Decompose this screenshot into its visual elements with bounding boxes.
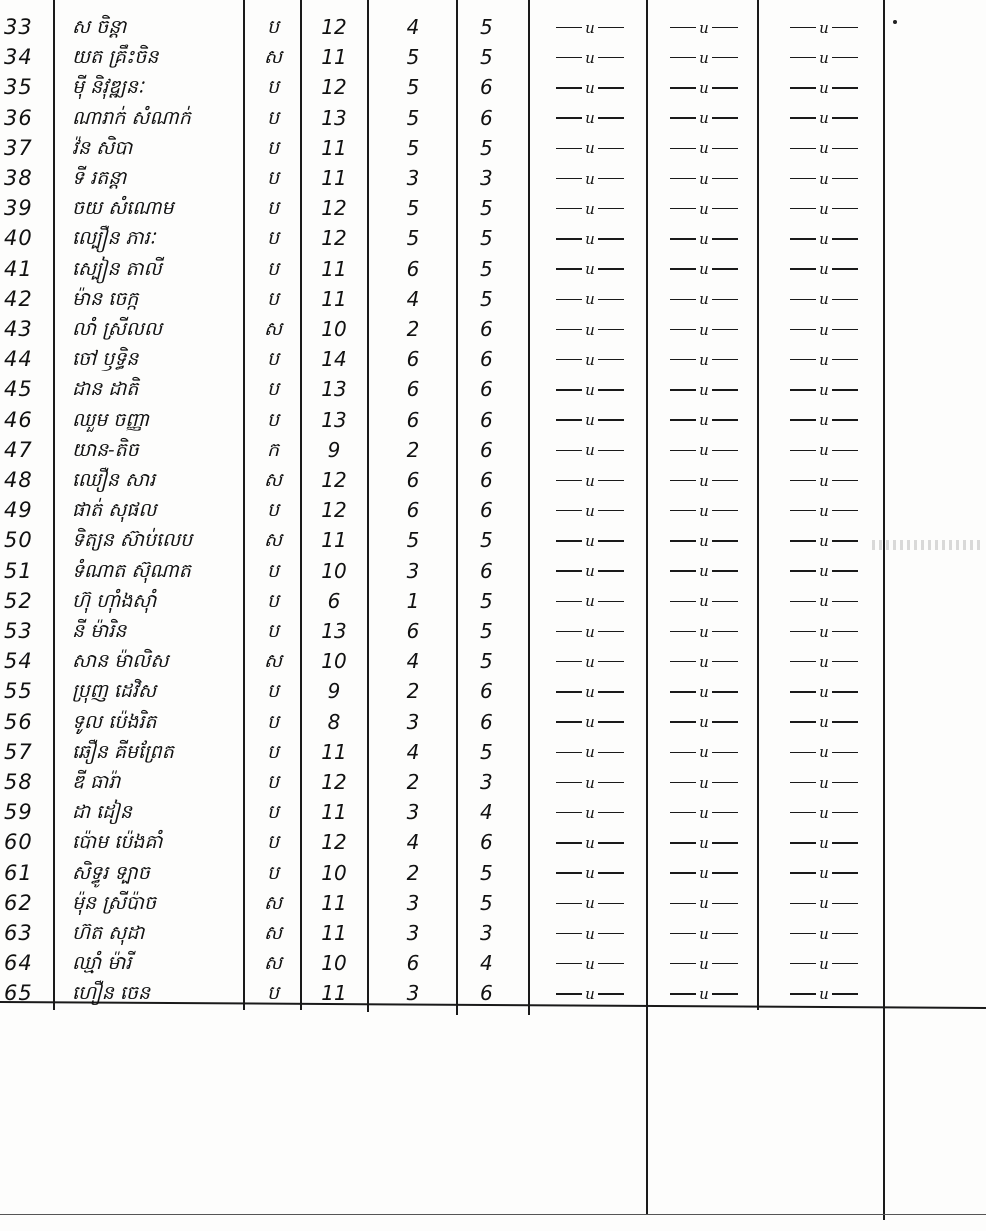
ditto-mark: u (765, 948, 883, 979)
student-name: ទិត្យន ស៊ាប់លេប (72, 525, 242, 556)
ditto-mark: u (650, 133, 758, 164)
ditto-mark: u (765, 254, 883, 285)
table-row: 42 ម៉ាន ចេក្ក ប 11 4 5 u u u (0, 284, 900, 315)
ditto-mark: u (765, 888, 883, 919)
student-name: សិទ្ធូរ ទ្បាច (72, 858, 242, 889)
ditto-mark: u (650, 586, 758, 617)
score-column-5: 5 (460, 858, 520, 889)
ditto-mark: u (535, 465, 645, 496)
age-value: 6 (302, 586, 366, 617)
score-column-4: 3 (370, 707, 456, 738)
student-name: យត គ្រឹះចិន (72, 42, 242, 73)
ditto-mark: u (650, 314, 758, 345)
student-name: យាន-តិច (72, 435, 242, 466)
sex-code: ប (248, 405, 298, 436)
sex-code: ស (248, 465, 298, 496)
ditto-mark: u (650, 405, 758, 436)
ditto-mark: u (765, 707, 883, 738)
age-value: 8 (302, 707, 366, 738)
student-name: ឆឿន គីមព្រែត (72, 737, 242, 768)
score-column-5: 5 (460, 284, 520, 315)
ditto-mark: u (535, 254, 645, 285)
score-column-5: 5 (460, 737, 520, 768)
table-row: 39 ចយ សំណោម ប 12 5 5 u u u (0, 193, 900, 224)
footer-rule (0, 1214, 986, 1215)
row-number: 33 (4, 12, 52, 43)
age-value: 12 (302, 193, 366, 224)
ditto-mark: u (650, 556, 758, 587)
ditto-mark: u (650, 737, 758, 768)
score-column-4: 5 (370, 223, 456, 254)
age-value: 12 (302, 12, 366, 43)
row-number: 37 (4, 133, 52, 164)
table-row: 59 ដា ដៀន ប 11 3 4 u u u (0, 797, 900, 828)
row-number: 53 (4, 616, 52, 647)
ditto-mark: u (650, 223, 758, 254)
row-number: 39 (4, 193, 52, 224)
row-number: 52 (4, 586, 52, 617)
age-value: 11 (302, 284, 366, 315)
ditto-mark: u (765, 525, 883, 556)
sex-code: ស (248, 314, 298, 345)
score-column-5: 5 (460, 616, 520, 647)
row-number: 47 (4, 435, 52, 466)
table-row: 53 នី ម៉ារិន ប 13 6 5 u u u (0, 616, 900, 647)
sex-code: ប (248, 556, 298, 587)
score-column-5: 5 (460, 42, 520, 73)
row-number: 56 (4, 707, 52, 738)
ditto-mark: u (650, 374, 758, 405)
row-number: 38 (4, 163, 52, 194)
age-value: 9 (302, 676, 366, 707)
age-value: 11 (302, 254, 366, 285)
table-row: 40 ល្បឿន ភារៈ ប 12 5 5 u u u (0, 223, 900, 254)
ditto-mark: u (650, 344, 758, 375)
score-column-5: 6 (460, 495, 520, 526)
sex-code: ប (248, 858, 298, 889)
table-row: 38 ទី រតន្តា ប 11 3 3 u u u (0, 163, 900, 194)
age-value: 10 (302, 646, 366, 677)
score-column-4: 2 (370, 767, 456, 798)
row-number: 40 (4, 223, 52, 254)
student-name: ណារាក់ សំណាក់ (72, 103, 242, 134)
sex-code: ស (248, 888, 298, 919)
age-value: 13 (302, 405, 366, 436)
table-row: 56 ទូល ប៉េងរិត ប 8 3 6 u u u (0, 707, 900, 738)
table-row: 52 ហ៊ុ ហ៊ាំងស៊ាំ ប 6 1 5 u u u (0, 586, 900, 617)
ditto-mark: u (535, 374, 645, 405)
ditto-mark: u (650, 465, 758, 496)
ditto-mark: u (765, 42, 883, 73)
ditto-mark: u (535, 72, 645, 103)
table-row: 46 ឈួម ចញ្ញា ប 13 6 6 u u u (0, 405, 900, 436)
row-number: 57 (4, 737, 52, 768)
table-row: 51 ទំណាត ស៊ុណាត ប 10 3 6 u u u (0, 556, 900, 587)
table-row: 41 ស្បៀន តាលី ប 11 6 5 u u u (0, 254, 900, 285)
student-name: ទី រតន្តា (72, 163, 242, 194)
row-number: 35 (4, 72, 52, 103)
student-name: ម៉ី និវុឌ្ឍនៈ (72, 72, 242, 103)
ditto-mark: u (535, 767, 645, 798)
row-number: 36 (4, 103, 52, 134)
score-column-4: 6 (370, 254, 456, 285)
score-column-5: 6 (460, 344, 520, 375)
score-column-4: 2 (370, 676, 456, 707)
row-number: 62 (4, 888, 52, 919)
row-number: 43 (4, 314, 52, 345)
score-column-5: 6 (460, 556, 520, 587)
document-sheet: 33 ស ចិន្តា ប 12 4 5 u u u 34 យត គ្រឹះចិ… (0, 0, 986, 1231)
ditto-mark: u (650, 284, 758, 315)
student-name: ឈួម ចញ្ញា (72, 405, 242, 436)
student-name: ហ៊ត សុដា (72, 918, 242, 949)
ditto-mark: u (765, 284, 883, 315)
ditto-mark: u (535, 737, 645, 768)
age-value: 13 (302, 374, 366, 405)
row-number: 64 (4, 948, 52, 979)
row-number: 55 (4, 676, 52, 707)
ditto-mark: u (765, 827, 883, 858)
ditto-mark: u (650, 193, 758, 224)
ditto-mark: u (765, 133, 883, 164)
row-number: 41 (4, 254, 52, 285)
age-value: 11 (302, 888, 366, 919)
sex-code: ស (248, 525, 298, 556)
row-number: 46 (4, 405, 52, 436)
table-row: 45 ដាន ដាតិ ប 13 6 6 u u u (0, 374, 900, 405)
age-value: 10 (302, 314, 366, 345)
student-name: ម៉ាន ចេក្ក (72, 284, 242, 315)
student-name: ចៅ ឫទ្ធិន (72, 344, 242, 375)
sex-code: ប (248, 707, 298, 738)
ditto-mark: u (765, 465, 883, 496)
row-number: 65 (4, 978, 52, 1009)
ditto-mark: u (765, 405, 883, 436)
table-row: 43 លាំ ស្រីលល ស 10 2 6 u u u (0, 314, 900, 345)
student-name: ដាន ដាតិ (72, 374, 242, 405)
ditto-mark: u (535, 314, 645, 345)
student-name: ហឿន ចេន (72, 978, 242, 1009)
score-column-4: 1 (370, 586, 456, 617)
row-number: 59 (4, 797, 52, 828)
sex-code: ស (248, 948, 298, 979)
ditto-mark: u (650, 103, 758, 134)
score-column-4: 4 (370, 12, 456, 43)
student-name: ប៉ោម ប៉េងគាំ (72, 827, 242, 858)
score-column-4: 5 (370, 525, 456, 556)
score-column-4: 6 (370, 948, 456, 979)
row-number: 51 (4, 556, 52, 587)
table-row: 60 ប៉ោម ប៉េងគាំ ប 12 4 6 u u u (0, 827, 900, 858)
score-column-4: 2 (370, 858, 456, 889)
score-column-4: 3 (370, 888, 456, 919)
student-name: នី ម៉ារិន (72, 616, 242, 647)
table-row: 57 ឆឿន គីមព្រែត ប 11 4 5 u u u (0, 737, 900, 768)
sex-code: ប (248, 133, 298, 164)
table-row: 36 ណារាក់ សំណាក់ ប 13 5 6 u u u (0, 103, 900, 134)
row-number: 34 (4, 42, 52, 73)
age-value: 11 (302, 42, 366, 73)
score-column-4: 3 (370, 918, 456, 949)
score-column-5: 6 (460, 465, 520, 496)
ditto-mark: u (765, 797, 883, 828)
score-column-5: 3 (460, 163, 520, 194)
score-column-5: 6 (460, 405, 520, 436)
row-number: 54 (4, 646, 52, 677)
ditto-mark: u (535, 918, 645, 949)
score-column-5: 5 (460, 12, 520, 43)
ditto-mark: u (765, 767, 883, 798)
table-row: 64 ឈ្មាំ ម៉ារី ស 10 6 4 u u u (0, 948, 900, 979)
row-number: 58 (4, 767, 52, 798)
ditto-mark: u (535, 858, 645, 889)
ditto-mark: u (650, 12, 758, 43)
score-column-4: 4 (370, 284, 456, 315)
ditto-mark: u (535, 223, 645, 254)
student-name: ដា ដៀន (72, 797, 242, 828)
score-column-5: 4 (460, 797, 520, 828)
score-column-4: 5 (370, 72, 456, 103)
sex-code: ប (248, 12, 298, 43)
ditto-mark: u (765, 72, 883, 103)
ditto-mark: u (535, 616, 645, 647)
table-row: 48 ឈឿន សារ ស 12 6 6 u u u (0, 465, 900, 496)
ditto-mark: u (535, 797, 645, 828)
ditto-mark: u (535, 948, 645, 979)
ditto-mark: u (535, 827, 645, 858)
score-column-5: 6 (460, 103, 520, 134)
score-column-4: 5 (370, 133, 456, 164)
score-column-4: 5 (370, 42, 456, 73)
table-row: 44 ចៅ ឫទ្ធិន ប 14 6 6 u u u (0, 344, 900, 375)
ditto-mark: u (535, 344, 645, 375)
row-number: 49 (4, 495, 52, 526)
score-column-4: 5 (370, 193, 456, 224)
table-row: 58 ឌី ធារ៉ា ប 12 2 3 u u u (0, 767, 900, 798)
sex-code: ប (248, 254, 298, 285)
student-name: ទំណាត ស៊ុណាត (72, 556, 242, 587)
ditto-mark: u (535, 525, 645, 556)
ditto-mark: u (535, 978, 645, 1009)
age-value: 9 (302, 435, 366, 466)
score-column-5: 4 (460, 948, 520, 979)
ditto-mark: u (765, 314, 883, 345)
sex-code: ប (248, 797, 298, 828)
ditto-mark: u (535, 586, 645, 617)
row-number: 60 (4, 827, 52, 858)
ditto-mark: u (765, 12, 883, 43)
sex-code: ប (248, 586, 298, 617)
score-column-4: 4 (370, 646, 456, 677)
table-row: 63 ហ៊ត សុដា ស 11 3 3 u u u (0, 918, 900, 949)
row-number: 45 (4, 374, 52, 405)
student-name: លាំ ស្រីលល (72, 314, 242, 345)
student-name: ឈ្មាំ ម៉ារី (72, 948, 242, 979)
ditto-mark: u (765, 586, 883, 617)
ditto-mark: u (535, 133, 645, 164)
ditto-mark: u (535, 556, 645, 587)
ditto-mark: u (535, 676, 645, 707)
row-number: 61 (4, 858, 52, 889)
ditto-mark: u (650, 948, 758, 979)
student-name: ឈឿន សារ (72, 465, 242, 496)
score-column-5: 5 (460, 193, 520, 224)
sex-code: ស (248, 42, 298, 73)
ditto-mark: u (765, 374, 883, 405)
age-value: 11 (302, 163, 366, 194)
score-column-4: 4 (370, 827, 456, 858)
ditto-mark: u (535, 163, 645, 194)
table-row: 65 ហឿន ចេន ប 11 3 6 u u u (0, 978, 900, 1009)
ditto-mark: u (650, 163, 758, 194)
table-row: 54 សាន ម៉ាលិស ស 10 4 5 u u u (0, 646, 900, 677)
score-column-5: 6 (460, 435, 520, 466)
ditto-mark: u (765, 858, 883, 889)
row-number: 63 (4, 918, 52, 949)
sex-code: ប (248, 495, 298, 526)
score-column-4: 3 (370, 978, 456, 1009)
score-column-4: 4 (370, 737, 456, 768)
ditto-mark: u (535, 284, 645, 315)
age-value: 12 (302, 827, 366, 858)
score-column-5: 6 (460, 676, 520, 707)
age-value: 11 (302, 525, 366, 556)
ditto-mark: u (535, 495, 645, 526)
table-row: 49 ផាត់ សុផល ប 12 6 6 u u u (0, 495, 900, 526)
ditto-mark: u (650, 435, 758, 466)
student-name: ឌី ធារ៉ា (72, 767, 242, 798)
ditto-mark: u (535, 707, 645, 738)
ditto-mark: u (535, 103, 645, 134)
ditto-mark: u (765, 344, 883, 375)
student-name: ល្បឿន ភារៈ (72, 223, 242, 254)
ditto-mark: u (535, 405, 645, 436)
table-row: 55 ប្រុញ ដេវិស ប 9 2 6 u u u (0, 676, 900, 707)
student-name: ចយ សំណោម (72, 193, 242, 224)
age-value: 12 (302, 223, 366, 254)
ditto-mark: u (765, 103, 883, 134)
row-number: 48 (4, 465, 52, 496)
ditto-mark: u (535, 435, 645, 466)
score-column-4: 3 (370, 556, 456, 587)
score-column-4: 6 (370, 405, 456, 436)
sex-code: ប (248, 284, 298, 315)
ditto-mark: u (765, 646, 883, 677)
ditto-mark: u (765, 435, 883, 466)
student-name: សាន ម៉ាលិស (72, 646, 242, 677)
score-column-5: 6 (460, 314, 520, 345)
score-column-4: 2 (370, 314, 456, 345)
age-value: 12 (302, 495, 366, 526)
sex-code: ប (248, 72, 298, 103)
score-column-5: 5 (460, 254, 520, 285)
age-value: 14 (302, 344, 366, 375)
student-name: ប្រុញ ដេវិស (72, 676, 242, 707)
sex-code: ប (248, 827, 298, 858)
sex-code: ប (248, 103, 298, 134)
sex-code: ក (248, 435, 298, 466)
sex-code: ប (248, 344, 298, 375)
ditto-mark: u (650, 495, 758, 526)
ditto-mark: u (650, 42, 758, 73)
sex-code: ស (248, 646, 298, 677)
score-column-4: 6 (370, 616, 456, 647)
sex-code: ប (248, 223, 298, 254)
age-value: 11 (302, 918, 366, 949)
student-name: ផាត់ សុផល (72, 495, 242, 526)
ditto-mark: u (650, 797, 758, 828)
sex-code: ប (248, 978, 298, 1009)
table-row: 50 ទិត្យន ស៊ាប់លេប ស 11 5 5 u u u (0, 525, 900, 556)
age-value: 10 (302, 858, 366, 889)
score-column-5: 5 (460, 646, 520, 677)
sex-code: ប (248, 676, 298, 707)
student-name: ទូល ប៉េងរិត (72, 707, 242, 738)
age-value: 13 (302, 616, 366, 647)
score-column-5: 3 (460, 918, 520, 949)
ditto-mark: u (650, 646, 758, 677)
ditto-mark: u (650, 676, 758, 707)
score-column-4: 6 (370, 344, 456, 375)
ditto-mark: u (765, 737, 883, 768)
sex-code: ប (248, 767, 298, 798)
age-value: 13 (302, 103, 366, 134)
table-row: 37 វ៉ន សិបា ប 11 5 5 u u u (0, 133, 900, 164)
sex-code: ប (248, 193, 298, 224)
age-value: 11 (302, 737, 366, 768)
age-value: 12 (302, 767, 366, 798)
table-row: 47 យាន-តិច ក 9 2 6 u u u (0, 435, 900, 466)
ditto-mark: u (765, 676, 883, 707)
sex-code: ស (248, 918, 298, 949)
student-name: វ៉ន សិបា (72, 133, 242, 164)
age-value: 11 (302, 133, 366, 164)
table-row: 35 ម៉ី និវុឌ្ឍនៈ ប 12 5 6 u u u (0, 72, 900, 103)
sex-code: ប (248, 374, 298, 405)
ditto-mark: u (650, 978, 758, 1009)
student-name: ស្បៀន តាលី (72, 254, 242, 285)
ditto-mark: u (650, 707, 758, 738)
ditto-mark: u (650, 827, 758, 858)
score-column-4: 3 (370, 163, 456, 194)
ditto-mark: u (650, 767, 758, 798)
score-column-5: 5 (460, 525, 520, 556)
ditto-mark: u (535, 12, 645, 43)
age-value: 12 (302, 72, 366, 103)
ditto-mark: u (535, 42, 645, 73)
score-column-4: 5 (370, 103, 456, 134)
table-row: 62 ម៉ុន ស្រីប៉ាច ស 11 3 5 u u u (0, 888, 900, 919)
score-column-4: 3 (370, 797, 456, 828)
sex-code: ប (248, 616, 298, 647)
row-number: 50 (4, 525, 52, 556)
score-column-4: 6 (370, 465, 456, 496)
ditto-mark: u (765, 616, 883, 647)
score-column-5: 5 (460, 223, 520, 254)
ditto-mark: u (765, 495, 883, 526)
sex-code: ប (248, 737, 298, 768)
sex-code: ប (248, 163, 298, 194)
score-column-4: 6 (370, 374, 456, 405)
row-number: 42 (4, 284, 52, 315)
table-row: 33 ស ចិន្តា ប 12 4 5 u u u (0, 12, 900, 43)
ditto-mark: u (650, 254, 758, 285)
score-column-5: 6 (460, 827, 520, 858)
ditto-mark: u (650, 72, 758, 103)
score-column-5: 6 (460, 374, 520, 405)
ditto-mark: u (650, 918, 758, 949)
ditto-mark: u (650, 525, 758, 556)
